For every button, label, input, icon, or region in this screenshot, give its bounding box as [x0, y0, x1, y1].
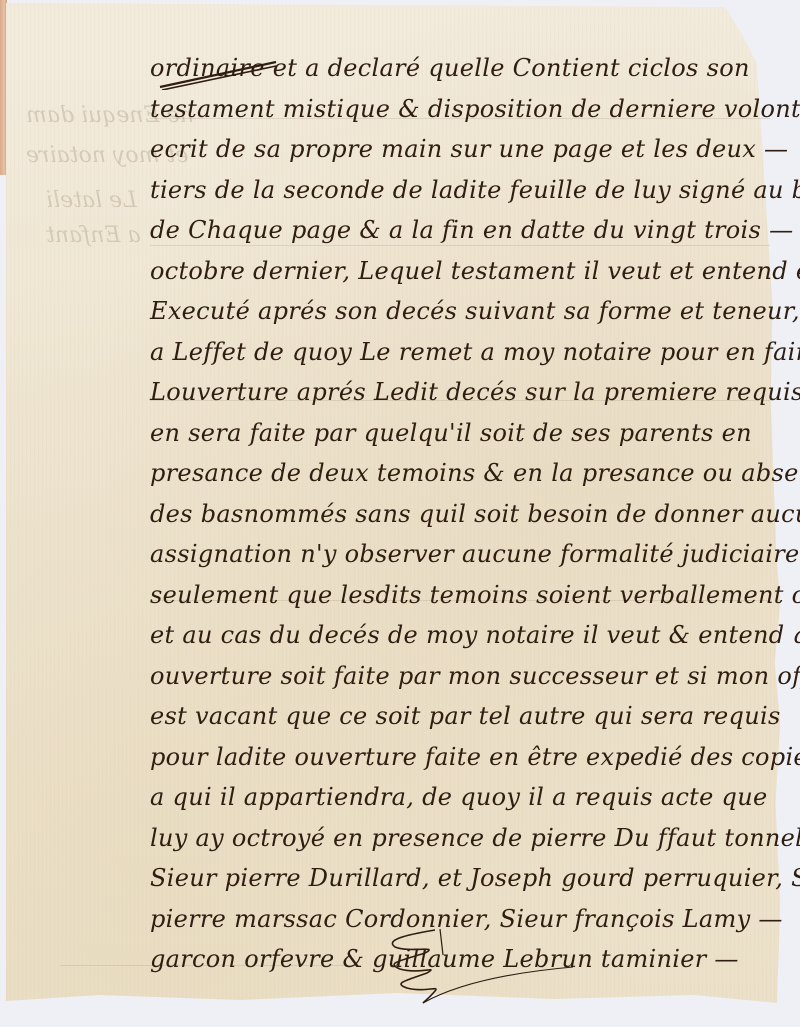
manuscript-line: en sera faite par quelqu'il soit de ses … [150, 413, 780, 454]
manuscript-line: ordinaire et a declaré quelle Contient c… [150, 48, 780, 89]
manuscript-line: ouverture soit faite par mon successeur … [150, 656, 780, 697]
underlying-page-edge [0, 0, 7, 175]
manuscript-line: est vacant que ce soit par tel autre qui… [150, 696, 780, 737]
manuscript-line: testament mistique & disposition de dern… [150, 89, 780, 130]
manuscript-line: tiers de la seconde de ladite feuille de… [150, 170, 780, 211]
manuscript-line: Executé aprés son decés suivant sa forme… [150, 291, 780, 332]
manuscript-line: a Leffet de quoy Le remet a moy notaire … [150, 332, 780, 373]
bleed-through-text: Le lateli [46, 188, 137, 213]
manuscript-line: et au cas du decés de moy notaire il veu… [150, 615, 780, 656]
manuscript-line: pour ladite ouverture faite en être expe… [150, 737, 780, 778]
manuscript-line: a qui il appartiendra, de quoy il a requ… [150, 777, 780, 818]
manuscript-text: ordinaire et a declaré quelle Contient c… [150, 48, 780, 980]
manuscript-line: seulement que lesdits temoins soient ver… [150, 575, 780, 616]
scanned-manuscript: ne Enequi dam et moy notaire Le lateli a… [0, 0, 800, 1027]
manuscript-line: octobre dernier, Lequel testament il veu… [150, 251, 780, 292]
manuscript-line: presance de deux temoins & en la presanc… [150, 453, 780, 494]
manuscript-line: des basnommés sans quil soit besoin de d… [150, 494, 780, 535]
manuscript-line: de Chaque page & a la fin en datte du vi… [150, 210, 780, 251]
manuscript-line: Louverture aprés Ledit decés sur la prem… [150, 372, 780, 413]
bleed-through-text: a Enfant [46, 223, 141, 248]
manuscript-line: assignation n'y observer aucune formalit… [150, 534, 780, 575]
signature-flourish-icon [345, 925, 575, 1005]
manuscript-line: luy ay octroyé en presence de pierre Du … [150, 818, 780, 859]
manuscript-line: Sieur pierre Durillard, et Joseph gourd … [150, 858, 780, 899]
manuscript-line: ecrit de sa propre main sur une page et … [150, 129, 780, 170]
